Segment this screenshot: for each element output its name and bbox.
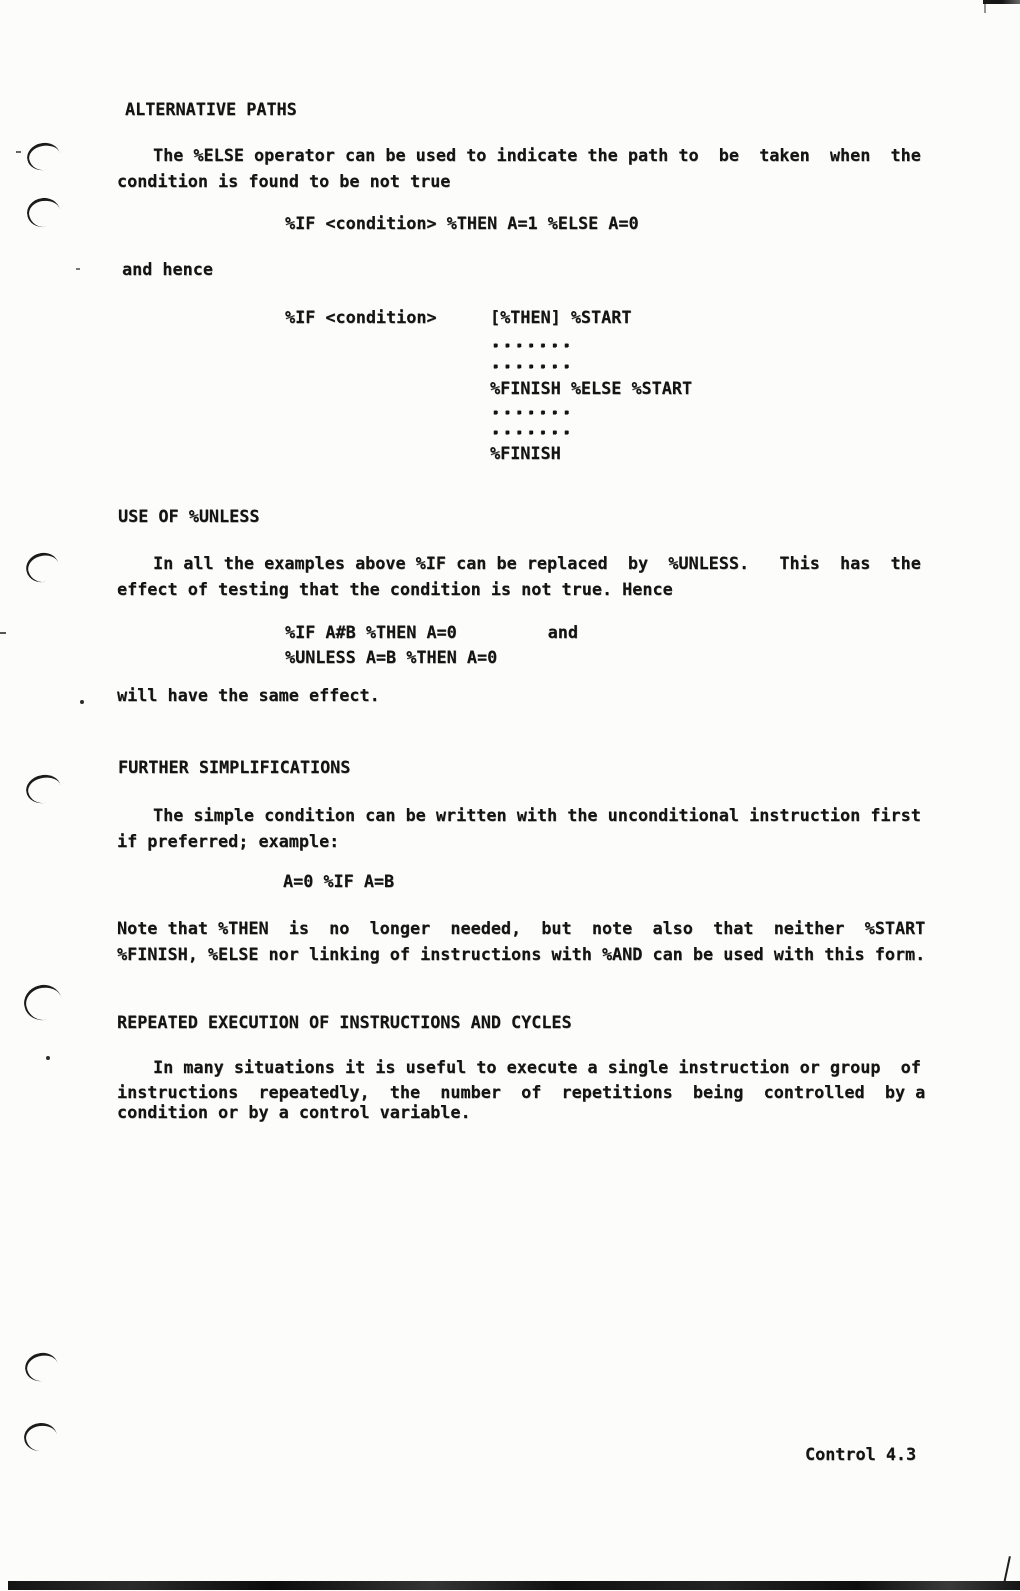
page-footer-label: Control 4.3 <box>805 1444 916 1464</box>
scan-edge-tick-top-right <box>984 4 986 13</box>
section-heading-further-simplifications: FURTHER SIMPLIFICATIONS <box>118 757 350 777</box>
binder-ring-mark <box>22 1421 59 1453</box>
binder-ring-mark <box>25 140 63 173</box>
code-line: %IF <condition> %THEN A=1 %ELSE A=0 <box>285 213 639 233</box>
body-line: condition or by a control variable. <box>117 1102 471 1122</box>
body-line: The %ELSE operator can be used to indica… <box>153 145 921 165</box>
code-line: %FINISH <box>490 443 561 463</box>
body-line: The simple condition can be written with… <box>153 805 921 825</box>
section-heading-alternative-paths: ALTERNATIVE PATHS <box>125 99 297 119</box>
binder-ring-mark <box>20 981 65 1024</box>
code-continuation-dots: ....... <box>490 332 573 352</box>
section-heading-repeated-execution: REPEATED EXECUTION OF INSTRUCTIONS AND C… <box>117 1012 572 1032</box>
body-line: effect of testing that the condition is … <box>117 579 673 599</box>
code-line: A=0 %IF A=B <box>283 871 394 891</box>
body-line: %FINISH, %ELSE nor linking of instructio… <box>117 944 925 964</box>
body-line: will have the same effect. <box>117 685 380 705</box>
code-continuation-dots: ....... <box>490 353 573 373</box>
code-line: %FINISH %ELSE %START <box>490 378 692 398</box>
section-heading-use-of-unless: USE OF %UNLESS <box>118 506 259 526</box>
scan-edge-artifact-top-right <box>983 0 1020 4</box>
binder-ring-mark <box>23 549 63 586</box>
code-continuation-dots: ....... <box>490 419 573 439</box>
code-continuation-dots: ....... <box>490 399 573 419</box>
body-line: and hence <box>122 259 213 279</box>
scan-speck <box>76 268 80 270</box>
binder-ring-mark <box>25 195 63 229</box>
scanned-document-page: ALTERNATIVE PATHS The %ELSE operator can… <box>0 0 1020 1591</box>
scan-edge-tick-bottom-right <box>1003 1556 1011 1584</box>
code-line: %IF <condition> <box>285 307 437 327</box>
scan-speck <box>16 151 21 153</box>
binder-ring-mark <box>22 1349 61 1384</box>
scan-speck <box>80 700 84 704</box>
body-line: instructions repeatedly, the number of r… <box>117 1082 925 1102</box>
code-line: %UNLESS A=B %THEN A=0 <box>285 647 497 667</box>
body-line: condition is found to be not true <box>117 171 450 191</box>
binder-ring-mark <box>23 772 63 807</box>
body-line: if preferred; example: <box>117 831 339 851</box>
body-line: In many situations it is useful to execu… <box>153 1057 921 1077</box>
scan-speck <box>46 1056 50 1060</box>
body-line: Note that %THEN is no longer needed, but… <box>117 918 925 938</box>
scan-edge-artifact-bottom <box>8 1581 1020 1590</box>
body-line: In all the examples above %IF can be rep… <box>153 553 921 573</box>
code-line: %IF A#B %THEN A=0 and <box>285 622 578 642</box>
scan-speck <box>0 632 6 634</box>
code-line: [%THEN] %START <box>490 307 631 327</box>
